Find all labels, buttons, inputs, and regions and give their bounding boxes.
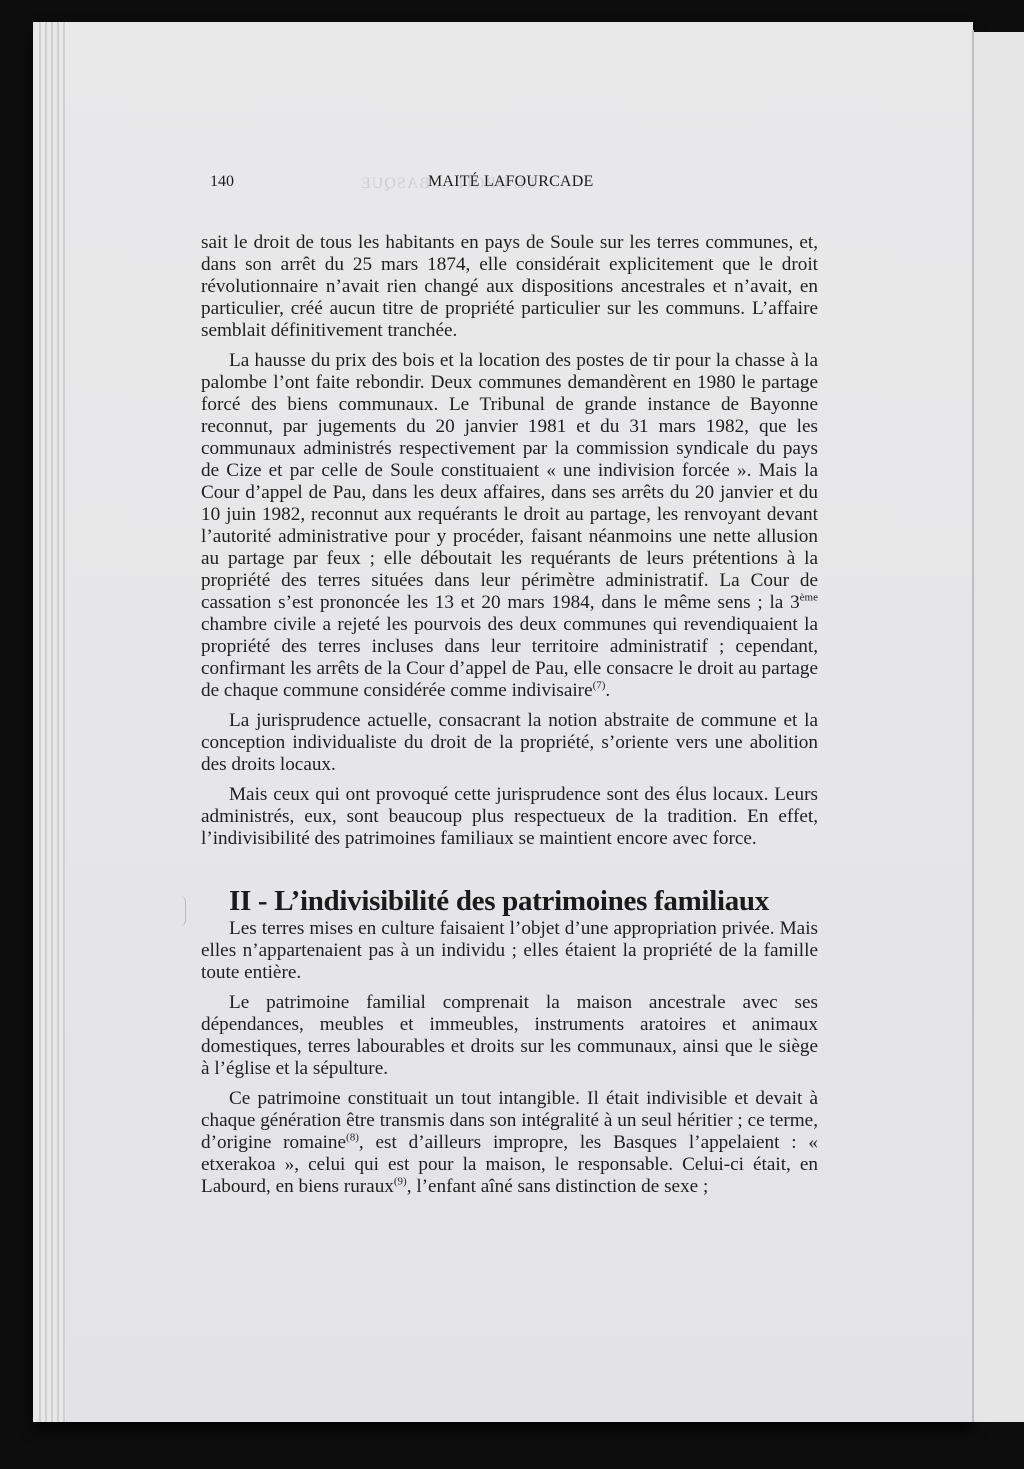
paragraph-text: chambre civile a rejeté les pourvois des… bbox=[201, 614, 818, 701]
facing-page-edge bbox=[974, 32, 1024, 1422]
page-number: 140 bbox=[210, 173, 234, 191]
paragraph-text: sait le droit de tous les habitants en p… bbox=[201, 232, 818, 341]
page-edge-line bbox=[57, 22, 59, 1422]
paragraph-text: . bbox=[605, 680, 610, 701]
section-heading: II - L’indivisibilité des patrimoines fa… bbox=[229, 884, 818, 918]
footnote-ref: (8) bbox=[346, 1132, 359, 1144]
paragraph-text: Le patrimoine familial comprenait la mai… bbox=[201, 992, 818, 1079]
page-header: LE DROIT ... BASQUE 140 MAITÉ LAFOURCADE bbox=[0, 173, 1024, 197]
body-text: sait le droit de tous les habitants en p… bbox=[201, 232, 818, 1206]
page-edge-line bbox=[51, 22, 53, 1422]
paragraph-text: La jurisprudence actuelle, consacrant la… bbox=[201, 710, 818, 775]
paragraph: Ce patrimoine constituait un tout intang… bbox=[201, 1088, 818, 1198]
paragraph: La hausse du prix des bois et la locatio… bbox=[201, 350, 818, 702]
margin-pencil-mark bbox=[177, 896, 186, 926]
paragraph-text: La hausse du prix des bois et la locatio… bbox=[201, 350, 818, 613]
paragraph-continuation: sait le droit de tous les habitants en p… bbox=[201, 232, 818, 342]
page-edge-line bbox=[39, 22, 41, 1422]
paragraph-text: Mais ceux qui ont provoqué cette jurispr… bbox=[201, 784, 818, 849]
paragraph: La jurisprudence actuelle, consacrant la… bbox=[201, 710, 818, 776]
page-edge-line bbox=[45, 22, 47, 1422]
paragraph: Mais ceux qui ont provoqué cette jurispr… bbox=[201, 784, 818, 850]
footnote-ref: (7) bbox=[593, 680, 606, 692]
paragraph: Le patrimoine familial comprenait la mai… bbox=[201, 992, 818, 1080]
footnote-ref: (9) bbox=[394, 1176, 407, 1188]
paragraph-text: , l’enfant aîné sans distinction de sexe… bbox=[407, 1176, 709, 1197]
ordinal-superscript: ème bbox=[800, 592, 818, 604]
paragraph: Les terres mises en culture faisaient l’… bbox=[201, 918, 818, 984]
page-edge-line bbox=[63, 22, 65, 1422]
running-head: MAITÉ LAFOURCADE bbox=[428, 173, 593, 191]
paragraph-text: Les terres mises en culture faisaient l’… bbox=[201, 918, 818, 983]
